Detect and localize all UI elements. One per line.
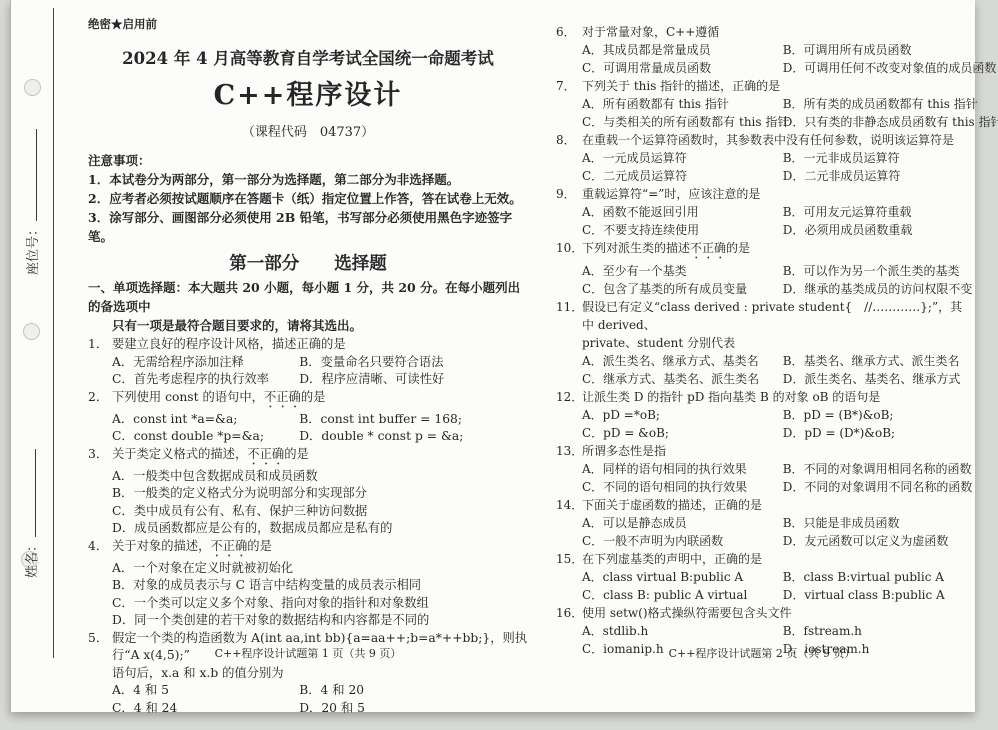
option-B: B．一般类的定义格式分为说明部分和实现部分 [112, 485, 528, 503]
question-5: 5．假定一个类的构造函数为 A(int aa,int bb){a=aa++;b=… [88, 630, 528, 718]
option-D: D．pD = (D*)&oB; [783, 424, 968, 442]
notice-item: 3．涂写部分、画图部分必须使用 2B 铅笔，书写部分必须使用黑色字迹签字笔。 [88, 208, 528, 246]
question-number: 7． [556, 77, 576, 95]
options: A．同样的语句相同的执行效果B．不同的对象调用相同名称的函数C．不同的语句相同的… [582, 460, 968, 496]
page-2: 6．对于常量对象，C++遵循A．其成员都是常量成员B．可调用所有成员函数C．可调… [556, 0, 968, 712]
question-list-page-2: 6．对于常量对象，C++遵循A．其成员都是常量成员B．可调用所有成员函数C．可调… [556, 1, 968, 658]
question-number: 15． [556, 550, 583, 568]
question-stem: 关于类定义格式的描述，不正确的是 [112, 446, 528, 468]
subject-title: C++程序设计 [88, 73, 528, 112]
options: A．所有函数都有 this 指针B．所有类的成员函数都有 this 指针C．与类… [582, 95, 968, 131]
notice-item: 1．本试卷分为两部分，第一部分为选择题，第二部分为非选择题。 [88, 170, 528, 189]
option-D: D．二元非成员运算符 [783, 167, 968, 185]
option-C: C．4 和 24 [112, 700, 299, 718]
course-code: （课程代码 04737） [88, 121, 528, 140]
page-footer: C++程序设计试题第 2 页（共 9 页） [556, 645, 968, 661]
option-C: C．与类相关的所有函数都有 this 指针 [582, 113, 783, 131]
option-C: C．class B: public A virtual [582, 586, 783, 604]
option-A: A．其成员都是常量成员 [582, 41, 783, 59]
option-A: A．函数不能返回引用 [582, 203, 783, 221]
question-number: 10． [556, 239, 583, 257]
name-field: 姓名： [21, 418, 39, 578]
option-C: C．可调用常量成员函数 [582, 59, 783, 77]
options: A．函数不能返回引用B．可用友元运算符重载C．不要支持连续使用D．必须用成员函数… [582, 203, 968, 239]
section-instructions-line-2: 只有一项是最符合题目要求的，请将其选出。 [88, 316, 528, 335]
option-D: D．virtual class B:public A [783, 586, 968, 604]
option-C: C．首先考虑程序的执行效率 [112, 371, 299, 389]
section-instructions-line-1: 一、单项选择题：本大题共 20 小题，每小题 1 分，共 20 分。在每小题列出… [88, 278, 528, 316]
option-D: D．20 和 5 [299, 700, 528, 718]
question-10: 10．下列对派生类的描述不正确的是A．至少有一个基类B．可以作为另一个派生类的基… [556, 239, 968, 298]
option-C: C．const double *p=&a; [112, 428, 299, 446]
options: A．一般类中包含数据成员和成员函数B．一般类的定义格式分为说明部分和实现部分C．… [112, 468, 528, 538]
option-B: B．变量命名只要符合语法 [299, 354, 528, 372]
question-stem: 在重载一个运算符函数时，其参数表中没有任何参数，说明该运算符是 [582, 131, 968, 149]
question-15: 15．在下列虚基类的声明中，正确的是A．class virtual B:publ… [556, 550, 968, 604]
options: A．pD =*oB;B．pD = (B*)&oB;C．pD = &oB;D．pD… [582, 406, 968, 442]
emphasized-text: 不正确 [247, 447, 284, 461]
question-stem: 让派生类 D 的指针 pD 指向基类 B 的对象 oB 的语句是 [582, 388, 968, 406]
option-A: A．派生类名、继承方式、基类名 [582, 352, 783, 370]
question-stem: 关于对象的描述，不正确的是 [112, 538, 528, 560]
option-B: B．只能是非成员函数 [783, 514, 968, 532]
question-6: 6．对于常量对象，C++遵循A．其成员都是常量成员B．可调用所有成员函数C．可调… [556, 23, 968, 77]
question-number: 3． [88, 446, 108, 464]
question-1: 1．要建立良好的程序设计风格，描述正确的是A．无需给程序添加注释B．变量命名只要… [88, 336, 528, 389]
emphasized-text: 不正确 [264, 390, 301, 404]
option-A: A．pD =*oB; [582, 406, 783, 424]
question-stem: 使用 setw()格式操纵符需要包含头文件 [582, 604, 968, 622]
emphasized-text: 不正确 [690, 241, 726, 255]
question-14: 14．下面关于虚函数的描述，正确的是A．可以是静态成员B．只能是非成员函数C．一… [556, 496, 968, 550]
options: A．一个对象在定义时就被初始化B．对象的成员表示与 C 语言中结构变量的成员表示… [112, 560, 528, 630]
option-B: B．对象的成员表示与 C 语言中结构变量的成员表示相同 [112, 577, 528, 595]
option-B: B．class B:virtual public A [783, 568, 968, 586]
option-C: C．pD = &oB; [582, 424, 783, 442]
option-D: D．double * const p = &a; [299, 428, 528, 446]
options: A．class virtual B:public AB．class B:virt… [582, 568, 968, 604]
question-3: 3．关于类定义格式的描述，不正确的是A．一般类中包含数据成员和成员函数B．一般类… [88, 446, 528, 538]
option-A: A．无需给程序添加注释 [112, 354, 299, 372]
option-D: D．程序应清晰、可读性好 [299, 371, 528, 389]
option-C: C．类中成员有公有、私有、保护三种访问数据 [112, 503, 528, 521]
option-A: A．同样的语句相同的执行效果 [582, 460, 783, 478]
seat-number-label: 座位号： [26, 223, 41, 275]
option-A: A．4 和 5 [112, 682, 299, 700]
scanned-exam-page: { "scan": { "background_color": "#d7d9d6… [0, 0, 998, 730]
option-D: D．派生类名、基类名、继承方式 [783, 370, 968, 388]
question-stem: 要建立良好的程序设计风格，描述正确的是 [112, 336, 528, 354]
option-D: D．同一个类创建的若干对象的数据结构和内容都是不同的 [112, 612, 528, 630]
option-B: B．可调用所有成员函数 [783, 41, 968, 59]
classification-banner: 绝密★启用前 [88, 0, 528, 32]
seat-number-field: 座位号： [22, 105, 40, 275]
question-number: 4． [88, 538, 108, 556]
question-number: 2． [88, 389, 108, 407]
options: A．一元成员运算符B．一元非成员运算符C．二元成员运算符D．二元非成员运算符 [582, 149, 968, 185]
option-B: B．不同的对象调用相同名称的函数 [783, 460, 968, 478]
question-stem: 对于常量对象，C++遵循 [582, 23, 968, 41]
options: A．可以是静态成员B．只能是非成员函数C．一般不声明为内联函数D．友元函数可以定… [582, 514, 968, 550]
option-B: B．可用友元运算符重载 [783, 203, 968, 221]
options: A．至少有一个基类B．可以作为另一个派生类的基类C．包含了基类的所有成员变量D．… [582, 262, 968, 298]
option-D: D．继承的基类成员的访问权限不变 [783, 280, 968, 298]
question-stem: 下面关于虚函数的描述，正确的是 [582, 496, 968, 514]
option-B: B．4 和 20 [299, 682, 528, 700]
option-A: A．一元成员运算符 [582, 149, 783, 167]
page-1: 绝密★启用前 2024 年 4 月高等教育自学考试全国统一命题考试 C++程序设… [88, 0, 528, 712]
question-stem: 在下列虚基类的声明中，正确的是 [582, 550, 968, 568]
options: A．4 和 5B．4 和 20C．4 和 24D．20 和 5 [112, 682, 528, 717]
option-D: D．成员函数都应是公有的，数据成员都应是私有的 [112, 520, 528, 538]
options: A．无需给程序添加注释B．变量命名只要符合语法C．首先考虑程序的执行效率D．程序… [112, 354, 528, 389]
question-stem-continued: private、student 分别代表 [582, 334, 968, 352]
option-B: B．所有类的成员函数都有 this 指针 [783, 95, 968, 113]
option-B: B．fstream.h [783, 622, 968, 640]
option-A: A．所有函数都有 this 指针 [582, 95, 783, 113]
option-A: A．一个对象在定义时就被初始化 [112, 560, 528, 578]
option-B: B．const int buffer = 168; [299, 411, 528, 429]
option-A: A．stdlib.h [582, 622, 783, 640]
question-stem-continued: 语句后，x.a 和 x.b 的值分别为 [112, 665, 528, 683]
margin-separator-line [53, 8, 54, 658]
option-D: D．不同的对象调用不同名称的函数 [783, 478, 968, 496]
question-number: 1． [88, 336, 108, 354]
option-D: D．只有类的非静态成员函数有 this 指针 [783, 113, 968, 131]
question-9: 9．重载运算符“=”时，应该注意的是A．函数不能返回引用B．可用友元运算符重载C… [556, 185, 968, 239]
name-blank-line [34, 449, 36, 537]
options: A．const int *a=&a;B．const int buffer = 1… [112, 411, 528, 446]
question-number: 13． [556, 442, 583, 460]
options: A．其成员都是常量成员B．可调用所有成员函数C．可调用常量成员函数D．可调用任何… [582, 41, 968, 77]
question-number: 9． [556, 185, 576, 203]
option-C: C．一个类可以定义多个对象、指向对象的指针和对象数组 [112, 595, 528, 613]
question-number: 6． [556, 23, 576, 41]
question-number: 14． [556, 496, 583, 514]
section-title: 第一部分 选择题 [88, 252, 528, 276]
option-A: A．class virtual B:public A [582, 568, 783, 586]
name-label: 姓名： [25, 539, 40, 578]
binding-hole [24, 79, 41, 96]
question-stem: 下列关于 this 指针的描述，正确的是 [582, 77, 968, 95]
question-4: 4．关于对象的描述，不正确的是A．一个对象在定义时就被初始化B．对象的成员表示与… [88, 538, 528, 630]
option-D: D．可调用任何不改变对象值的成员函数 [783, 59, 968, 77]
question-stem: 重载运算符“=”时，应该注意的是 [582, 185, 968, 203]
option-B: B．可以作为另一个派生类的基类 [783, 262, 968, 280]
question-8: 8．在重载一个运算符函数时，其参数表中没有任何参数，说明该运算符是A．一元成员运… [556, 131, 968, 185]
option-C: C．不要支持连续使用 [582, 221, 783, 239]
question-12: 12．让派生类 D 的指针 pD 指向基类 B 的对象 oB 的语句是A．pD … [556, 388, 968, 442]
exam-title: 2024 年 4 月高等教育自学考试全国统一命题考试 [88, 45, 528, 69]
option-A: A．const int *a=&a; [112, 411, 299, 429]
question-number: 16． [556, 604, 583, 622]
question-number: 8． [556, 131, 576, 149]
option-A: A．可以是静态成员 [582, 514, 783, 532]
option-D: D．必须用成员函数重载 [783, 221, 968, 239]
question-11: 11．假设已有定义“class derived : private studen… [556, 298, 968, 388]
notice-title: 注意事项： [88, 151, 528, 170]
seat-number-blank-line [35, 129, 37, 221]
question-stem: 下列对派生类的描述不正确的是 [582, 239, 968, 262]
notice-item: 2．应考者必须按试题顺序在答题卡（纸）指定位置上作答，答在试卷上无效。 [88, 189, 528, 208]
option-B: B．pD = (B*)&oB; [783, 406, 968, 424]
option-C: C．继承方式、基类名、派生类名 [582, 370, 783, 388]
option-C: C．一般不声明为内联函数 [582, 532, 783, 550]
question-7: 7．下列关于 this 指针的描述，正确的是A．所有函数都有 this 指针B．… [556, 77, 968, 131]
option-D: D．友元函数可以定义为虚函数 [783, 532, 968, 550]
option-A: A．至少有一个基类 [582, 262, 783, 280]
option-A: A．一般类中包含数据成员和成员函数 [112, 468, 528, 486]
question-stem: 所谓多态性是指 [582, 442, 968, 460]
question-stem: 下列使用 const 的语句中，不正确的是 [112, 389, 528, 411]
options: A．派生类名、继承方式、基类名B．基类名、继承方式、派生类名C．继承方式、基类名… [582, 352, 968, 388]
question-2: 2．下列使用 const 的语句中，不正确的是A．const int *a=&a… [88, 389, 528, 446]
question-number: 12． [556, 388, 583, 406]
page-footer: C++程序设计试题第 1 页（共 9 页） [88, 645, 528, 661]
binding-hole [23, 323, 40, 340]
option-B: B．一元非成员运算符 [783, 149, 968, 167]
question-13: 13．所谓多态性是指A．同样的语句相同的执行效果B．不同的对象调用相同名称的函数… [556, 442, 968, 496]
option-B: B．基类名、继承方式、派生类名 [783, 352, 968, 370]
question-stem: 假设已有定义“class derived : private student{ … [582, 298, 968, 334]
emphasized-text: 不正确 [210, 539, 247, 553]
option-C: C．包含了基类的所有成员变量 [582, 280, 783, 298]
option-C: C．二元成员运算符 [582, 167, 783, 185]
question-number: 11． [556, 298, 583, 316]
option-C: C．不同的语句相同的执行效果 [582, 478, 783, 496]
